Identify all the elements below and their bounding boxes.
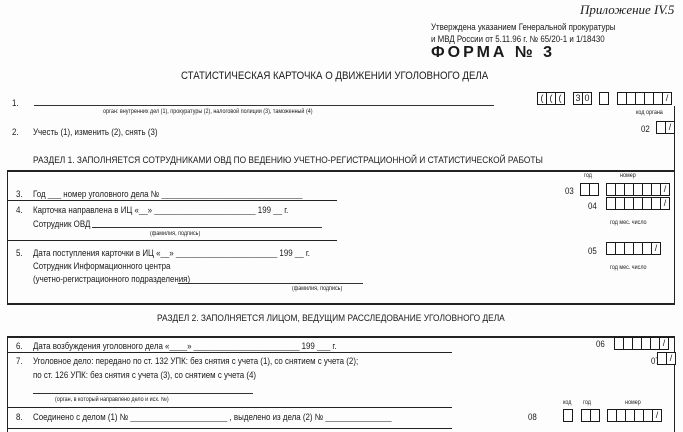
row7-line1: Уголовное дело: передано по ст. 132 УПК:… [33, 356, 358, 366]
box[interactable] [590, 409, 600, 422]
row5-date-boxes[interactable]: / [606, 242, 660, 255]
row1-hint: орган: внутренних дел (1), прокуратуры (… [103, 109, 313, 115]
row5-employee-signature-line[interactable] [178, 283, 363, 284]
section1-top-border [7, 170, 675, 172]
row3-year-boxes[interactable] [580, 183, 598, 196]
section1-left-border [7, 170, 8, 304]
section1-title: РАЗДЕЛ 1. ЗАПОЛНЯЕТСЯ СОТРУДНИКАМИ ОВД П… [33, 155, 543, 166]
section2-top-border [7, 336, 675, 338]
row5-number: 5. [16, 248, 23, 258]
row5-employee-line2: (учетно-регистрационного подразделения) [33, 274, 190, 284]
col-number-label: номер [620, 173, 636, 179]
row4-text[interactable]: Карточка направлена в ИЦ «__» __________… [33, 205, 288, 215]
row2-boxes[interactable]: / [656, 121, 674, 134]
section2-left-border [7, 336, 8, 432]
box[interactable]: / [651, 242, 661, 255]
row2-number: 2. [12, 127, 19, 137]
row7-number: 7. [16, 356, 23, 366]
row3-number: 3. [16, 189, 23, 199]
row3-number-boxes[interactable]: / [606, 183, 669, 196]
row7-organ-line[interactable] [33, 393, 253, 394]
box[interactable] [563, 409, 573, 422]
box[interactable]: / [662, 92, 672, 105]
box[interactable]: / [660, 183, 670, 196]
row3-text[interactable]: Год ___ номер уголовного дела № ________… [33, 189, 302, 199]
row1-boxes-group3[interactable] [599, 92, 608, 105]
box[interactable]: / [659, 337, 669, 350]
box[interactable]: / [652, 409, 662, 422]
row3-divider [7, 200, 337, 201]
box[interactable]: / [665, 121, 675, 134]
row3-code: 03 [565, 186, 574, 196]
row1-number: 1. [12, 98, 19, 108]
row4-sign-hint: (фамилия, подпись) [150, 231, 200, 237]
section1-right-border [674, 150, 675, 304]
section2-title: РАЗДЕЛ 2. ЗАПОЛНЯЕТСЯ ЛИЦОМ, ВЕДУЩИМ РАС… [157, 313, 505, 324]
row7-hint: (орган, в который направлено дело и исх.… [55, 397, 169, 403]
row5-sign-hint: (фамилия, подпись) [292, 286, 342, 292]
row7-divider [7, 407, 452, 408]
row1-boxes-group1[interactable]: ( ( ( [537, 92, 564, 105]
row8-divider [7, 428, 452, 429]
row8-col-year: год [583, 400, 591, 406]
box[interactable]: ( [555, 92, 565, 105]
row1-input-line[interactable] [34, 105, 494, 106]
box[interactable] [589, 183, 599, 196]
row8-year-boxes[interactable] [581, 409, 599, 422]
row8-number-boxes[interactable]: / [607, 409, 661, 422]
box[interactable] [599, 92, 609, 105]
row2-text: Учесть (1), изменить (2), снять (3) [33, 127, 158, 137]
row8-text[interactable]: Соединено с делом (1) № ________________… [33, 412, 391, 422]
row6-date-boxes[interactable]: / [614, 337, 668, 350]
row4-date-boxes[interactable]: / [606, 197, 669, 210]
row5-text[interactable]: Дата поступления карточки в ИЦ «__» ____… [33, 248, 310, 258]
row8-code: 08 [528, 412, 537, 422]
row7-boxes[interactable]: / [657, 352, 675, 365]
row5-code: 05 [588, 246, 597, 256]
row4-divider [7, 240, 337, 241]
approval-line-2: и МВД России от 5.11.96 г. № 65/20-1 и 1… [431, 34, 605, 44]
row4-date-labels: год мес. число [610, 220, 647, 226]
box[interactable]: / [666, 352, 676, 365]
code-organ-label: код органа [636, 110, 663, 116]
row7-line2: по ст. 126 УПК: без снятия с учета (3), … [33, 370, 256, 380]
row6-number: 6. [16, 341, 23, 351]
row1-boxes-group4[interactable]: / [617, 92, 671, 105]
approval-line-1: Утверждена указанием Генеральной прокура… [431, 22, 615, 32]
row2-code: 02 [641, 124, 650, 134]
appendix-label: Приложение IV.5 [580, 2, 674, 18]
box[interactable]: 0 [582, 92, 592, 105]
row8-number: 8. [16, 412, 23, 422]
col-year-label: год [584, 173, 592, 179]
row6-divider [7, 352, 452, 353]
section2-right-border [674, 336, 675, 432]
row8-col-number: номер [625, 400, 641, 406]
row8-col-code: код [563, 400, 571, 406]
row4-code: 04 [588, 201, 597, 211]
row5-employee-line1: Сотрудник Информационного центра [33, 261, 170, 271]
row6-code: 06 [596, 339, 605, 349]
row4-employee-line[interactable] [92, 227, 322, 228]
card-title: СТАТИСТИЧЕСКАЯ КАРТОЧКА О ДВИЖЕНИИ УГОЛО… [181, 70, 488, 82]
section1-bottom-border [7, 303, 675, 305]
row8-code-boxes[interactable] [563, 409, 572, 422]
box[interactable]: / [660, 197, 670, 210]
row6-text[interactable]: Дата возбуждения уголовного дела «____» … [33, 341, 337, 351]
form-title: ФОРМА № 3 [431, 44, 555, 62]
row5-date-labels: год мес. число [610, 265, 647, 271]
row1-boxes-group2[interactable]: 3 0 [573, 92, 591, 105]
row4-employee-label: Сотрудник ОВД [33, 219, 90, 229]
row4-number: 4. [16, 205, 23, 215]
